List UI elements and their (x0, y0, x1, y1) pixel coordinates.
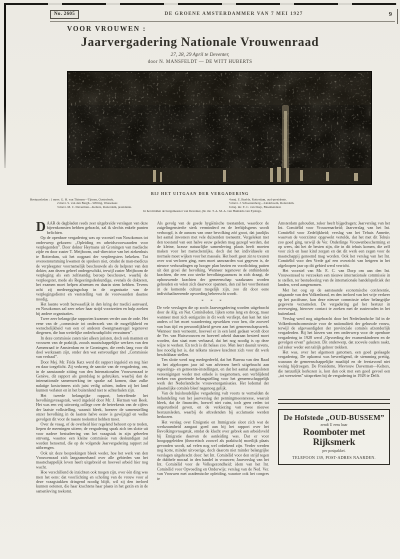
paragraph: Het verslag over Emigratie en Immigratie… (157, 420, 269, 481)
paragraph: Als gevolg van de goede hygiënische toes… (157, 221, 269, 296)
paragraph: Amsterdam gehouden, zeker heeft bijgedra… (278, 221, 390, 268)
article-body: DAAR de dagbladen reeds zeer uitgebreide… (36, 221, 390, 539)
photo-caption: Bestuursleden : 1 mevr. G. H. van Thiene… (30, 198, 375, 220)
paragraph: Verslag werd nog uitgebracht door het Ne… (278, 317, 390, 350)
body-column-1: DAAR de dagbladen reeds zeer uitgebreide… (36, 221, 148, 539)
advertisement-oud-bussem: De Hofstede „OUD-BUSSEM” zendt U eens ha… (278, 409, 390, 465)
caption-line: 6 mej. mr. E. C. van Dorp, Bloemendaal. (229, 205, 375, 209)
drop-cap: D (36, 221, 47, 232)
page-number: 9 (389, 11, 394, 18)
paragraph: Het tweede belangrijke rapport, betreffe… (36, 393, 148, 421)
paragraph: Het voorstel van Mr. E. C. van Dorp om a… (278, 269, 390, 288)
paragraph: Het was, over het algemeen genomen, een … (278, 350, 390, 378)
article-byline: door N. MANSFELDT — DE WITT HUBERTS (0, 60, 400, 65)
caption-footer: In het midden de burgemeester van Devent… (30, 210, 375, 214)
newspaper-page: No. 2605 DE GROENE AMSTERDAMMER VAN 7 ME… (0, 0, 400, 559)
body-column-2: Als gevolg van de goede hygiënische toes… (157, 221, 269, 539)
advert-title: De Hofstede „OUD-BUSSEM” (281, 413, 387, 422)
scan-edge-left (4, 4, 6, 168)
photo-caption-title: BIJ HET UITGAAN DER VERGADERING (0, 191, 400, 196)
advert-line: zendt U eens haar (281, 423, 387, 427)
article-subtitle: 27, 28, 29 April te Deventer, (0, 52, 400, 58)
advert-line: per postpakket. (281, 449, 387, 453)
caption-line: 3 mevr. M. C. Daverman—Kelters, Rotterda… (30, 205, 229, 209)
paragraph: Twee zeer belangrijke rapporten kwamen v… (36, 317, 148, 336)
paragraph: Door Mej. Mr. Frida Katz werd dit rappor… (36, 360, 148, 393)
advert-contact: TELEFOON 139, POST-ADRES NAARDEN. (281, 455, 387, 460)
advert-divider-rule (278, 399, 390, 404)
advert-product: Roomboter met Rijksmerk (281, 428, 387, 448)
paragraph: Het laatste wordt bezwaarlijk in den kri… (36, 302, 148, 316)
masthead: DE GROENE AMSTERDAMMER VAN 7 MEI 1927 (79, 12, 389, 17)
photo-image (67, 71, 372, 185)
issue-number: No. 2605 (50, 10, 79, 19)
paragraph: Op de openbare vergadering was op voorst… (36, 236, 148, 302)
paragraph: Ook uit deze besprekingen bleek weder, h… (36, 451, 148, 470)
page-header: No. 2605 DE GROENE AMSTERDAMMER VAN 7 ME… (50, 8, 394, 21)
caption-row: 3 mevr. M. C. Daverman—Kelters, Rotterda… (30, 205, 375, 209)
scan-edge-top (4, 3, 397, 5)
group-photo (67, 71, 372, 185)
section-kicker: VOOR VROUWEN : (67, 25, 146, 33)
paragraph: Over de vraag, of de overheid hier regel… (36, 422, 148, 450)
paragraph: Van de huishoudelijke vergadering valt v… (157, 391, 269, 419)
body-column-3: Amsterdam gehouden, zeker heeft bijgedra… (278, 221, 390, 539)
section-separator: * * * (157, 299, 269, 304)
scan-mark-right (397, 9, 398, 24)
paragraph: De vele verslagen die op zoo'n Jaarverga… (157, 305, 269, 357)
paragraph: In deze commissie zaten niet alleen juri… (36, 336, 148, 360)
article-title: Jaarvergadering Nationale Vrouwenraad (0, 35, 400, 50)
paragraph: Met het oog op de aanstaande economische… (278, 288, 390, 316)
paragraph: Ten slotte werd nog medegedeeld, dat het… (157, 358, 269, 391)
paragraph: Hoe verschillend de inzichten ook mogen … (36, 470, 148, 494)
header-rule (50, 21, 395, 22)
paragraph: DAAR de dagbladen reeds zeer uitgebreide… (36, 221, 148, 235)
